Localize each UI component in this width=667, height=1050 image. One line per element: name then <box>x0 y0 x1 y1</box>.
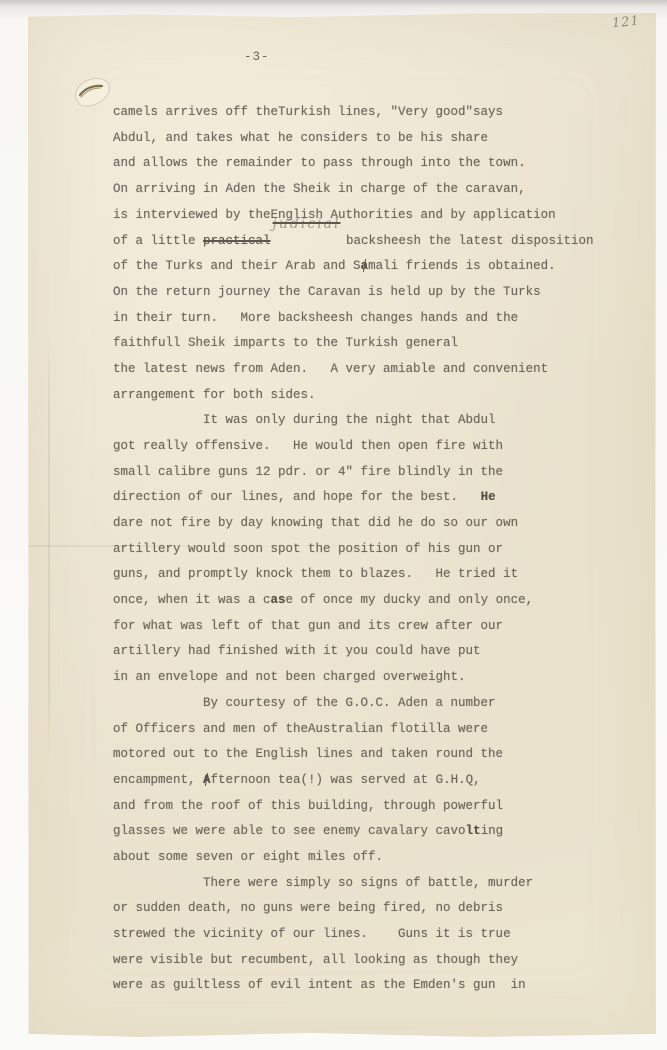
text-line: direction of our lines, and hope for the… <box>113 485 613 511</box>
text-line: got really offensive. He would then open… <box>113 434 613 460</box>
text-line: or sudden death, no guns were being fire… <box>113 896 613 922</box>
typewritten-text: camels arrives off theTurkish lines, "Ve… <box>113 100 613 999</box>
struck-word: practicaljudicial <box>203 234 338 248</box>
text-line: were as guiltless of evil intent as the … <box>113 973 613 999</box>
overtyped-text: as <box>271 593 286 607</box>
text-line: of a little practicaljudicial backsheesh… <box>113 228 613 254</box>
text-line: guns, and promptly knock them to blazes.… <box>113 562 613 588</box>
text-line: motored out to the English lines and tak… <box>113 742 613 768</box>
text-line: once, when it was a case of once my duck… <box>113 588 613 614</box>
document-page: 121 -3- camels arrives off theTurkish li… <box>28 13 656 1038</box>
text-line: It was only during the night that Abdul <box>113 408 613 434</box>
overtyped-text: A <box>203 773 211 787</box>
text-line: small calibre guns 12 pdr. or 4" fire bl… <box>113 460 613 486</box>
text-line: artillery would soon spot the position o… <box>113 537 613 563</box>
text-line: On the return journey the Caravan is hel… <box>113 280 613 306</box>
text-line: the latest news from Aden. A very amiabl… <box>113 357 613 383</box>
text-line: were visible but recumbent, all looking … <box>113 948 613 974</box>
paper-crease-vertical <box>48 333 50 763</box>
handwritten-annotation: judicial <box>273 216 341 232</box>
paper-tear-mark <box>66 65 118 123</box>
text-line: artillery had finished with it you could… <box>113 639 613 665</box>
text-line: strewed the vicinity of our lines. Guns … <box>113 922 613 948</box>
text-line: of the Turks and their Arab and Samali f… <box>113 254 613 280</box>
overtyped-text: He <box>481 490 496 504</box>
text-line: in an envelope and not been charged over… <box>113 665 613 691</box>
text-line: encampment, Afternoon tea(!) was served … <box>113 768 613 794</box>
text-line: for what was left of that gun and its cr… <box>113 614 613 640</box>
text-line: There were simply so signs of battle, mu… <box>113 871 613 897</box>
typed-page-number: -3- <box>244 50 270 64</box>
text-line: in their turn. More backsheesh changes h… <box>113 306 613 332</box>
text-line: Abdul, and takes what he considers to be… <box>113 126 613 152</box>
text-line: faithfull Sheik imparts to the Turkish g… <box>113 331 613 357</box>
text-line: and allows the remainder to pass through… <box>113 151 613 177</box>
text-line: arrangement for both sides. <box>113 383 613 409</box>
overtyped-text: a <box>361 259 369 273</box>
text-line: glasses we were able to see enemy cavala… <box>113 819 613 845</box>
text-line: and from the roof of this building, thro… <box>113 794 613 820</box>
text-line: By courtesy of the G.O.C. Aden a number <box>113 691 613 717</box>
text-line: is interviewed by theEnglish Authorities… <box>113 203 613 229</box>
text-line: camels arrives off theTurkish lines, "Ve… <box>113 100 613 126</box>
handwritten-folio-number: 121 <box>611 14 640 32</box>
text-line: of Officers and men of theAustralian flo… <box>113 717 613 743</box>
overtyped-text: lt <box>466 824 481 838</box>
text-line: about some seven or eight miles off. <box>113 845 613 871</box>
text-line: dare not fire by day knowing that did he… <box>113 511 613 537</box>
scan-background: 121 -3- camels arrives off theTurkish li… <box>0 0 667 1050</box>
text-line: On arriving in Aden the Sheik in charge … <box>113 177 613 203</box>
